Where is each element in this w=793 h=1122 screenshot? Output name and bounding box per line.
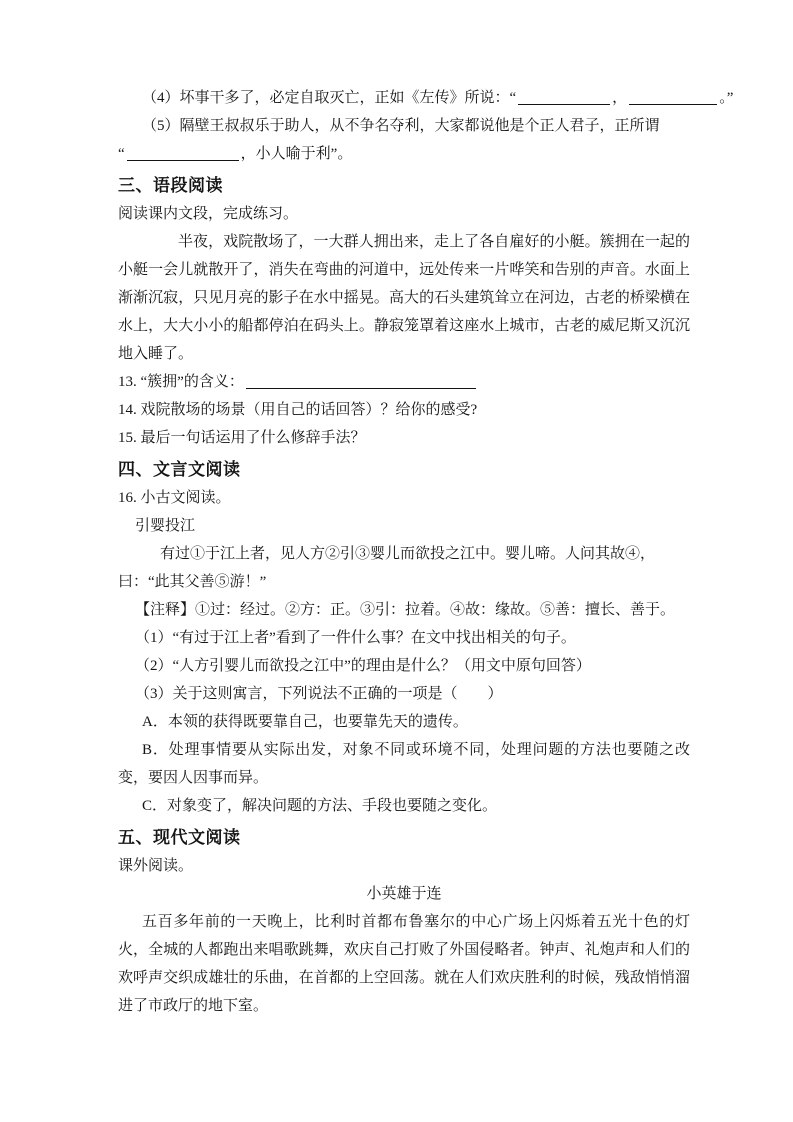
answer-blank [246, 373, 476, 389]
section-heading-5: 五、现代文阅读 [118, 826, 690, 850]
fill-in-4-text: （4）坏事干多了，必定自取灭亡，正如《左传》所说：“ [142, 90, 516, 106]
fill-in-5-open-quote: “ [118, 146, 125, 162]
question-14: 14. 戏院散场的场景（用自己的话回答）？给你的感受? [118, 396, 690, 424]
section3-instruction: 阅读课内文段，完成练习。 [118, 200, 690, 228]
section-heading-3: 三、语段阅读 [118, 174, 690, 198]
classical-passage-line-1: 有过①于江上者，见人方②引③婴儿而欲投之江中。婴儿啼。人问其故④， [118, 540, 690, 568]
section3-reading-passage: 半夜，戏院散场了，一大群人拥出来，走上了各自雇好的小艇。簇拥在一起的小艇一会儿就… [118, 228, 690, 368]
fill-in-item-5: （5）隔壁王叔叔乐于助人，从不争名夺利，大家都说他是个正人君子，正所谓 [118, 112, 690, 140]
sub-question-1: （1）“有过于江上者”看到了一件什么事？在文中找出相关的句子。 [118, 624, 690, 652]
question-16: 16. 小古文阅读。 [118, 484, 690, 512]
document-content: （4）坏事干多了，必定自取灭亡，正如《左传》所说：“，。” （5）隔壁王叔叔乐于… [118, 84, 690, 1020]
choice-option-a: A．本领的获得既要靠自己，也要靠先天的遗传。 [118, 708, 690, 736]
question-13: 13. “簇拥”的含义： [118, 368, 690, 396]
answer-blank [518, 89, 610, 105]
classical-passage-line-2: 曰：“此其父善⑤游！” [118, 568, 690, 596]
fill-in-item-4: （4）坏事干多了，必定自取灭亡，正如《左传》所说：“，。” [118, 84, 690, 112]
modern-passage-title: 小英雄于连 [118, 880, 690, 908]
answer-blank [127, 145, 239, 161]
choice-option-c: C．对象变了，解决问题的方法、手段也要随之变化。 [118, 792, 690, 820]
fill-in-4-end: 。” [719, 90, 733, 106]
question-13-label: 13. “簇拥”的含义： [118, 374, 244, 390]
answer-blank [629, 89, 717, 105]
classical-passage-title: 引婴投江 [118, 512, 690, 540]
fill-in-5-tail: ，小人喻于利”。 [241, 146, 353, 162]
question-15: 15. 最后一句话运用了什么修辞手法？ [118, 424, 690, 452]
choice-option-b: B．处理事情要从实际出发，对象不同或环境不同，处理问题的方法也要随之改变，要因人… [118, 736, 690, 792]
section-heading-4: 四、文言文阅读 [118, 458, 690, 482]
sub-question-3: （3）关于这则寓言，下列说法不正确的一项是（ ） [118, 680, 690, 708]
exam-document-page: （4）坏事干多了，必定自取灭亡，正如《左传》所说：“，。” （5）隔壁王叔叔乐于… [0, 0, 793, 1122]
fill-in-5-text: （5）隔壁王叔叔乐于助人，从不争名夺利，大家都说他是个正人君子，正所谓 [142, 118, 660, 134]
modern-reading-passage: 五百多年前的一天晚上，比利时首都布鲁塞尔的中心广场上闪烁着五光十色的灯火，全城的… [118, 908, 690, 1020]
sub-question-2: （2）“人方引婴儿而欲投之江中”的理由是什么？（用文中原句回答） [118, 652, 690, 680]
section5-instruction: 课外阅读。 [118, 852, 690, 880]
annotations: 【注释】①过：经过。②方：正。③引：拉着。④故：缘故。⑤善：擅长、善于。 [118, 596, 690, 624]
fill-in-4-separator: ， [612, 90, 627, 106]
fill-in-item-5-continuation: “，小人喻于利”。 [118, 140, 690, 168]
